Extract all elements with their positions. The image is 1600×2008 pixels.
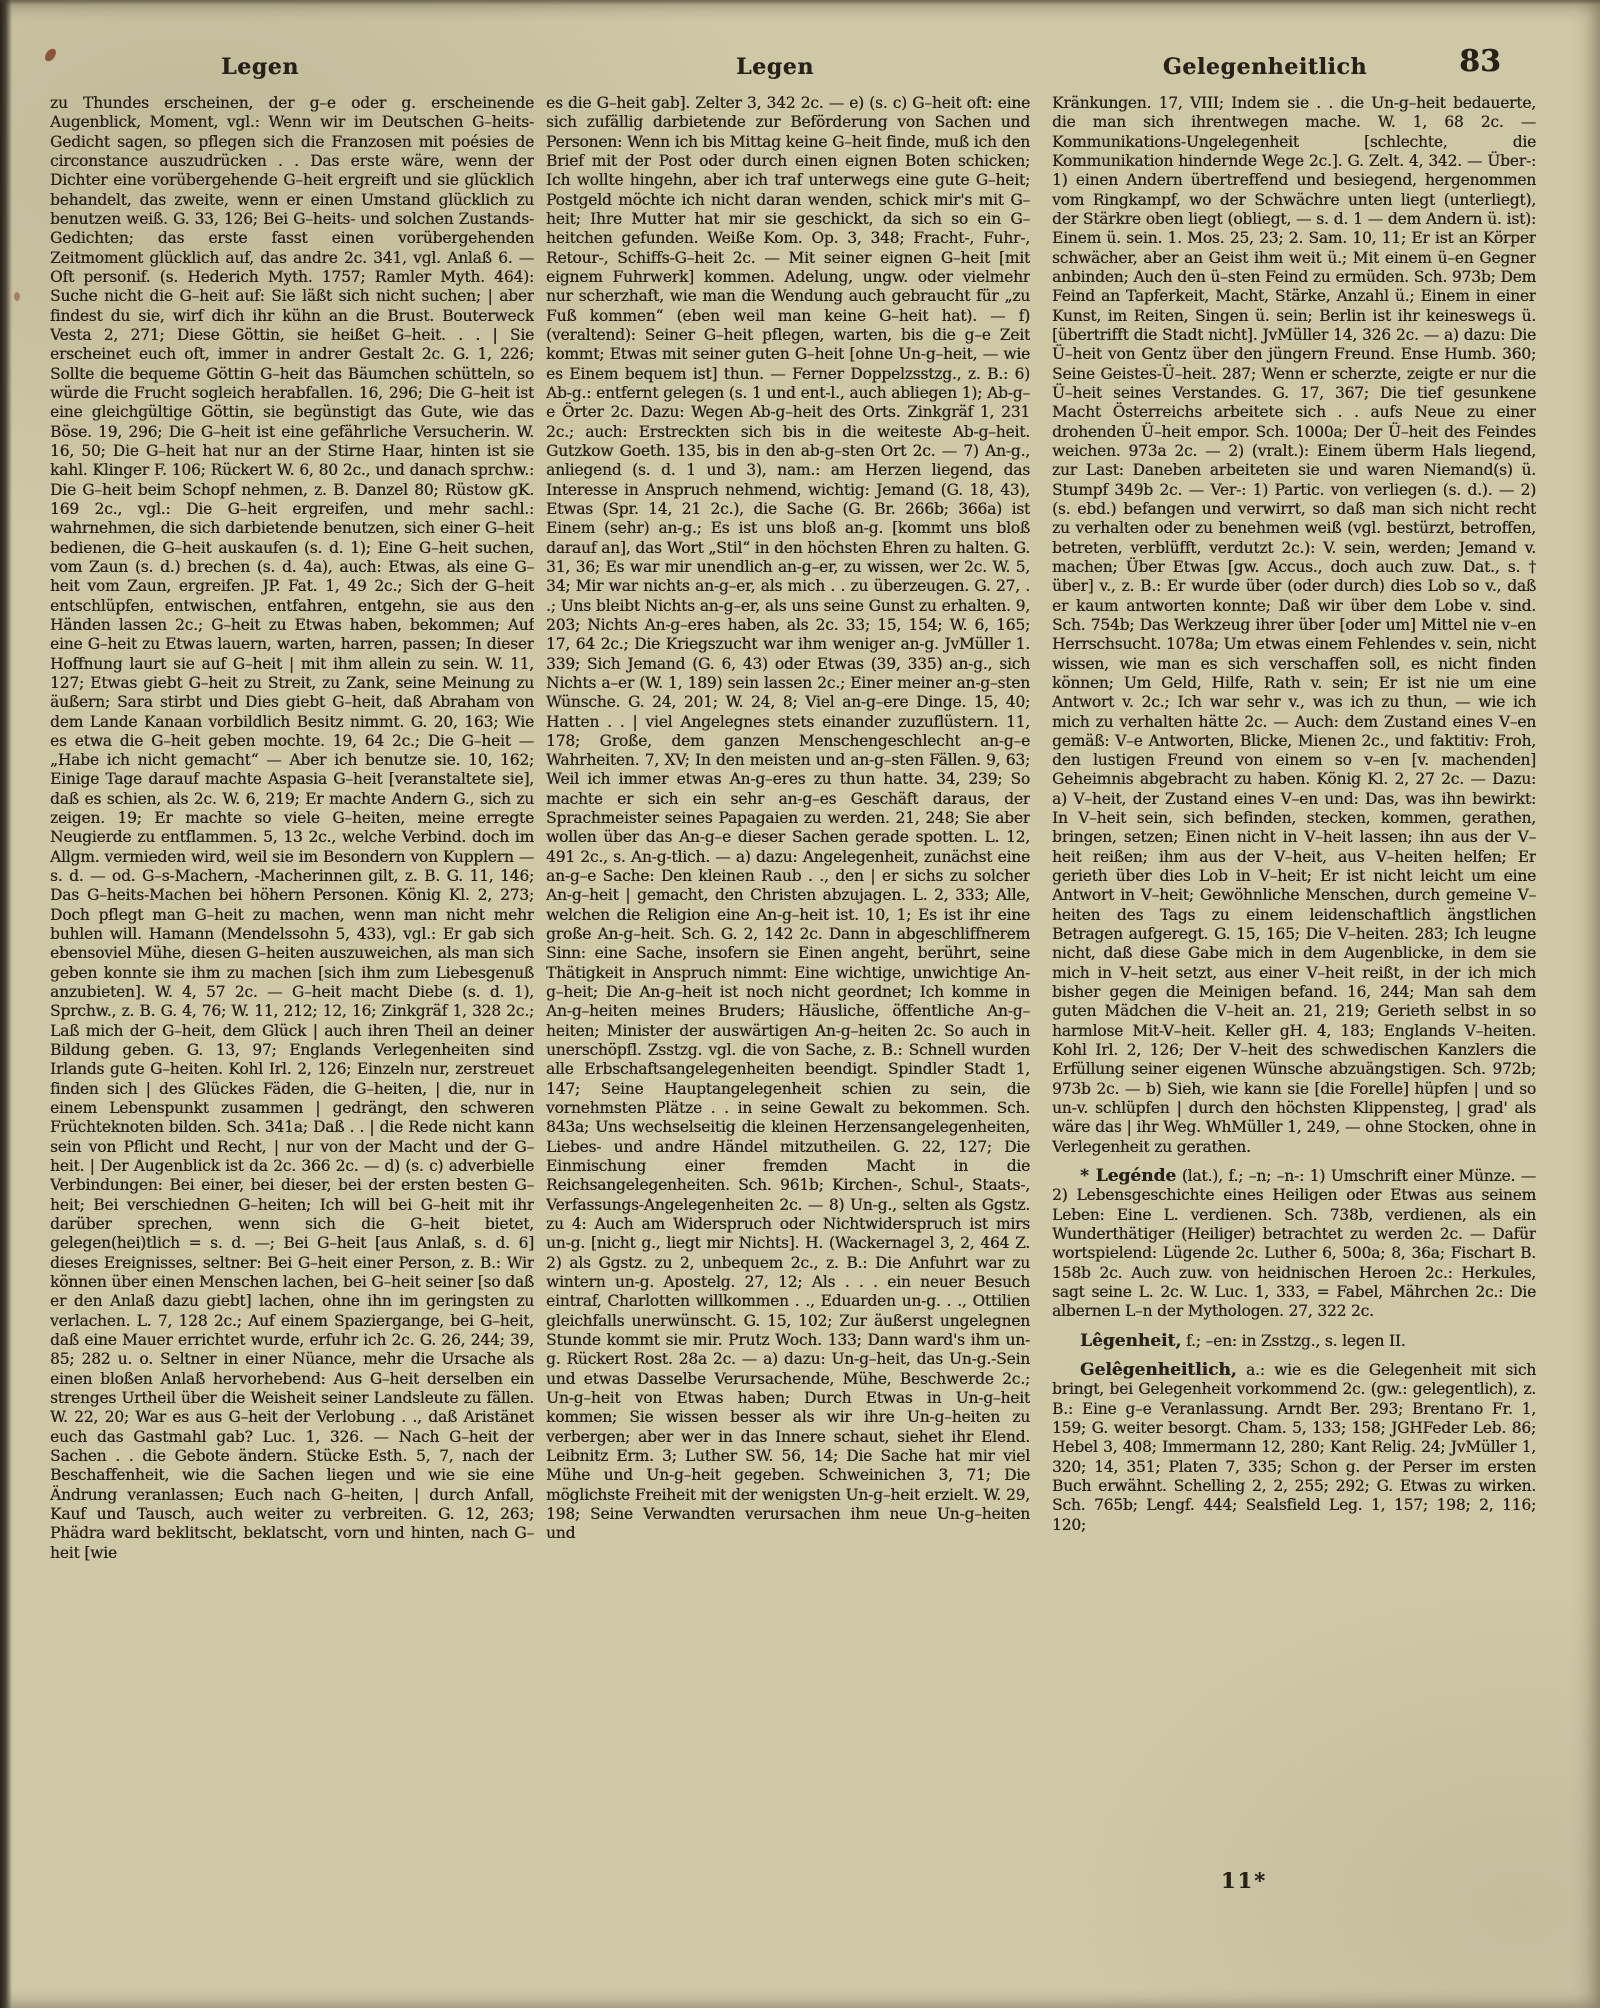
column3-continuation-text: Kränkungen. 17, VIII; Indem sie . . die … xyxy=(1052,94,1536,1157)
dictionary-scan-page: Legen Legen Gelegenheitlich 83 zu Thunde… xyxy=(0,0,1600,2008)
text-column-2: es die G–heit gab]. Zelter 3, 342 2c. — … xyxy=(546,94,1030,1886)
entry-gelegenheitlich: Gelêgenheitlich, a.: wie es die Gelegenh… xyxy=(1052,1361,1536,1535)
column2-text: es die G–heit gab]. Zelter 3, 342 2c. — … xyxy=(546,94,1030,1544)
text-column-3: Kränkungen. 17, VIII; Indem sie . . die … xyxy=(1052,94,1536,1910)
entry-legende: * Legénde (lat.), f.; –n; –n-: 1) Umschr… xyxy=(1052,1167,1536,1322)
page-number: 83 xyxy=(1440,44,1520,79)
column1-text: zu Thundes erscheinen, der g–e oder g. e… xyxy=(50,94,534,1563)
paper-stain xyxy=(43,47,58,64)
scan-top-edge-shadow xyxy=(0,0,1600,5)
text-column-1: zu Thundes erscheinen, der g–e oder g. e… xyxy=(50,94,534,1886)
headword-legenheit: Lêgenheit, xyxy=(1080,1331,1181,1351)
running-head-left: Legen xyxy=(180,54,340,80)
headword-gelegenheitlich: Gelêgenheitlich, xyxy=(1080,1360,1237,1380)
entry-gelegenheitlich-body: a.: wie es die Gelegenheit mit sich brin… xyxy=(1052,1361,1536,1534)
paper-stain-small xyxy=(14,292,20,301)
running-head-center: Legen xyxy=(695,54,855,80)
entry-legenheit-body: f.; –en: in Zsstzg., s. legen II. xyxy=(1186,1332,1406,1350)
entry-legenheit: Lêgenheit, f.; –en: in Zsstzg., s. legen… xyxy=(1052,1332,1536,1351)
headword-legende: * Legénde xyxy=(1080,1166,1176,1186)
entry-legende-body: (lat.), f.; –n; –n-: 1) Umschrift einer … xyxy=(1052,1167,1536,1320)
running-head-right: Gelegenheitlich xyxy=(1140,54,1390,80)
sheet-signature-mark: 11* xyxy=(1196,1868,1292,1893)
scan-left-edge-shadow xyxy=(0,0,12,2008)
